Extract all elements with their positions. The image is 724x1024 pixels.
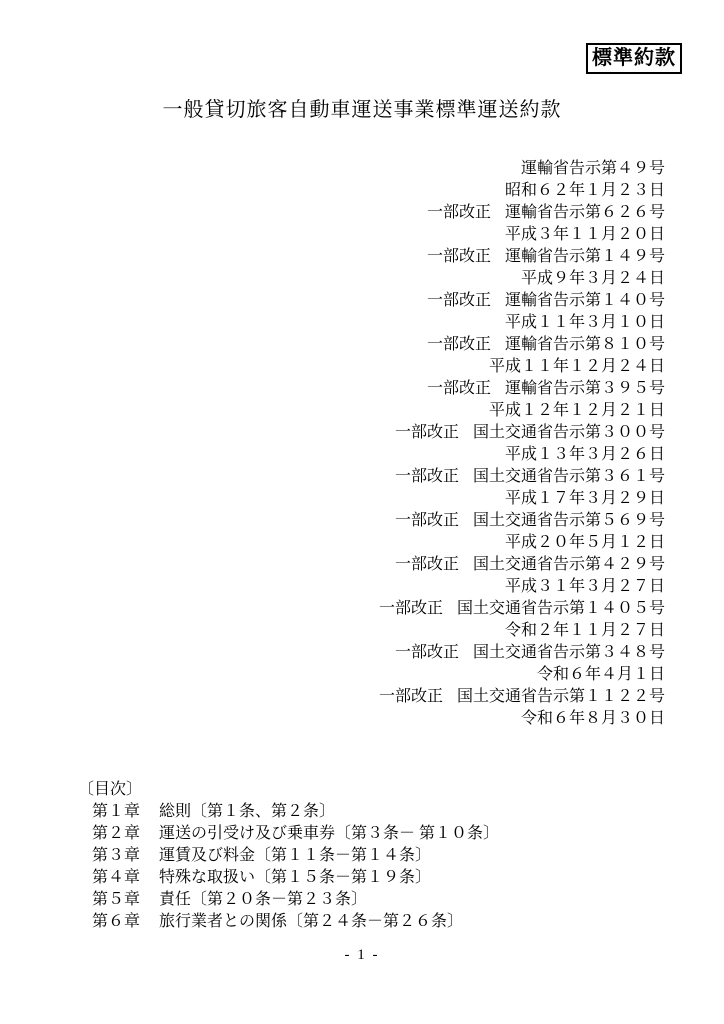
revision-notice-line: 一部改正国土交通省告示第３４８号 xyxy=(379,642,665,664)
revision-entry: 一部改正国土交通省告示第３４８号 令和６年４月１日 xyxy=(379,642,665,686)
notice-number: 運輸省告示第１４０号 xyxy=(505,292,665,309)
revision-entry: 一部改正国土交通省告示第５６９号 平成２０年５月１２日 xyxy=(379,510,665,554)
revision-date-line: 昭和６２年１月２３日 xyxy=(379,180,665,202)
toc-chapter: 第３章 xyxy=(92,847,140,864)
revision-entry: 一部改正国土交通省告示第１４０５号 令和２年１１月２７日 xyxy=(379,598,665,642)
amendment-label: 一部改正 xyxy=(395,468,459,485)
toc-item: 第４章特殊な取扱い〔第１５条－第１９条〕 xyxy=(78,867,499,889)
page-number: - 1 - xyxy=(0,947,724,964)
toc-item: 第１章総則〔第１条、第２条〕 xyxy=(78,801,499,823)
revision-notice-line: 一部改正運輸省告示第８１０号 xyxy=(379,334,665,356)
revision-notice-line: 運輸省告示第４９号 xyxy=(379,158,665,180)
notice-number: 運輸省告示第４９号 xyxy=(521,160,665,177)
revision-history: 運輸省告示第４９号 昭和６２年１月２３日 一部改正運輸省告示第６２６号 平成３年… xyxy=(379,158,665,730)
revision-entry: 一部改正国土交通省告示第１１２２号 令和６年８月３０日 xyxy=(379,686,665,730)
revision-notice-line: 一部改正国土交通省告示第３６１号 xyxy=(379,466,665,488)
revision-notice-line: 一部改正国土交通省告示第１１２２号 xyxy=(379,686,665,708)
revision-entry: 一部改正運輸省告示第３９５号 平成１２年１２月２１日 xyxy=(379,378,665,422)
amendment-label: 一部改正 xyxy=(395,512,459,529)
revision-notice-line: 一部改正国土交通省告示第１４０５号 xyxy=(379,598,665,620)
toc-chapter-title: 運送の引受け及び乗車券〔第３条－ 第１０条〕 xyxy=(159,825,499,842)
document-page: { "colors": { "text": "#000000", "page_b… xyxy=(0,0,724,1024)
revision-date-line: 平成９年３月２４日 xyxy=(379,268,665,290)
revision-notice-line: 一部改正国土交通省告示第３００号 xyxy=(379,422,665,444)
amendment-label: 一部改正 xyxy=(379,688,443,705)
revision-notice-line: 一部改正運輸省告示第１４０号 xyxy=(379,290,665,312)
amendment-label: 一部改正 xyxy=(427,336,491,353)
notice-number: 国土交通省告示第１１２２号 xyxy=(457,688,665,705)
amendment-label: 一部改正 xyxy=(427,248,491,265)
revision-date-line: 平成１７年３月２９日 xyxy=(379,488,665,510)
toc-item: 第６章旅行業者との関係〔第２４条－第２６条〕 xyxy=(78,911,499,933)
revision-date-line: 平成１１年１２月２４日 xyxy=(379,356,665,378)
revision-date-line: 令和２年１１月２７日 xyxy=(379,620,665,642)
amendment-label: 一部改正 xyxy=(427,380,491,397)
revision-date-line: 平成３１年３月２７日 xyxy=(379,576,665,598)
revision-notice-line: 一部改正国土交通省告示第５６９号 xyxy=(379,510,665,532)
revision-date-line: 平成１３年３月２６日 xyxy=(379,444,665,466)
toc-chapter: 第１章 xyxy=(92,803,140,820)
notice-number: 運輸省告示第３９５号 xyxy=(505,380,665,397)
revision-entry: 一部改正運輸省告示第６２６号 平成３年１１月２０日 xyxy=(379,202,665,246)
toc-chapter-title: 総則〔第１条、第２条〕 xyxy=(159,803,335,820)
toc-chapter: 第２章 xyxy=(92,825,140,842)
toc-heading: 〔目次〕 xyxy=(78,779,499,801)
notice-number: 運輸省告示第６２６号 xyxy=(505,204,665,221)
amendment-label: 一部改正 xyxy=(427,292,491,309)
amendment-label: 一部改正 xyxy=(395,644,459,661)
revision-entry: 運輸省告示第４９号 昭和６２年１月２３日 xyxy=(379,158,665,202)
revision-date-line: 平成２０年５月１２日 xyxy=(379,532,665,554)
revision-notice-line: 一部改正運輸省告示第１４９号 xyxy=(379,246,665,268)
revision-date-line: 平成１２年１２月２１日 xyxy=(379,400,665,422)
revision-date-line: 平成１１年３月１０日 xyxy=(379,312,665,334)
table-of-contents: 〔目次〕 第１章総則〔第１条、第２条〕 第２章運送の引受け及び乗車券〔第３条－ … xyxy=(78,779,499,933)
amendment-label: 一部改正 xyxy=(395,556,459,573)
revision-notice-line: 一部改正運輸省告示第６２６号 xyxy=(379,202,665,224)
notice-number: 運輸省告示第１４９号 xyxy=(505,248,665,265)
revision-entry: 一部改正国土交通省告示第４２９号 平成３１年３月２７日 xyxy=(379,554,665,598)
toc-item: 第２章運送の引受け及び乗車券〔第３条－ 第１０条〕 xyxy=(78,823,499,845)
document-type-badge: 標準約款 xyxy=(586,43,682,74)
amendment-label: 一部改正 xyxy=(395,424,459,441)
revision-entry: 一部改正運輸省告示第１４０号 平成１１年３月１０日 xyxy=(379,290,665,334)
toc-item: 第３章運賃及び料金〔第１１条－第１４条〕 xyxy=(78,845,499,867)
toc-chapter: 第４章 xyxy=(92,869,140,886)
notice-number: 国土交通省告示第１４０５号 xyxy=(457,600,665,617)
revision-entry: 一部改正国土交通省告示第３００号 平成１３年３月２６日 xyxy=(379,422,665,466)
revision-notice-line: 一部改正国土交通省告示第４２９号 xyxy=(379,554,665,576)
notice-number: 国土交通省告示第３６１号 xyxy=(473,468,665,485)
toc-chapter-title: 旅行業者との関係〔第２４条－第２６条〕 xyxy=(159,913,463,930)
toc-chapter-title: 特殊な取扱い〔第１５条－第１９条〕 xyxy=(159,869,431,886)
document-title: 一般貸切旅客自動車運送事業標準運送約款 xyxy=(0,97,724,123)
amendment-label: 一部改正 xyxy=(379,600,443,617)
notice-number: 運輸省告示第８１０号 xyxy=(505,336,665,353)
notice-number: 国土交通省告示第４２９号 xyxy=(473,556,665,573)
toc-chapter: 第５章 xyxy=(92,891,140,908)
notice-number: 国土交通省告示第３４８号 xyxy=(473,644,665,661)
revision-entry: 一部改正国土交通省告示第３６１号 平成１７年３月２９日 xyxy=(379,466,665,510)
revision-notice-line: 一部改正運輸省告示第３９５号 xyxy=(379,378,665,400)
revision-entry: 一部改正運輸省告示第１４９号 平成９年３月２４日 xyxy=(379,246,665,290)
amendment-label: 一部改正 xyxy=(427,204,491,221)
toc-chapter-title: 運賃及び料金〔第１１条－第１４条〕 xyxy=(159,847,431,864)
toc-chapter-title: 責任〔第２０条－第２３条〕 xyxy=(159,891,367,908)
notice-number: 国土交通省告示第３００号 xyxy=(473,424,665,441)
revision-date-line: 令和６年４月１日 xyxy=(379,664,665,686)
revision-entry: 一部改正運輸省告示第８１０号 平成１１年１２月２４日 xyxy=(379,334,665,378)
toc-chapter: 第６章 xyxy=(92,913,140,930)
notice-number: 国土交通省告示第５６９号 xyxy=(473,512,665,529)
revision-date-line: 令和６年８月３０日 xyxy=(379,708,665,730)
revision-date-line: 平成３年１１月２０日 xyxy=(379,224,665,246)
toc-item: 第５章責任〔第２０条－第２３条〕 xyxy=(78,889,499,911)
